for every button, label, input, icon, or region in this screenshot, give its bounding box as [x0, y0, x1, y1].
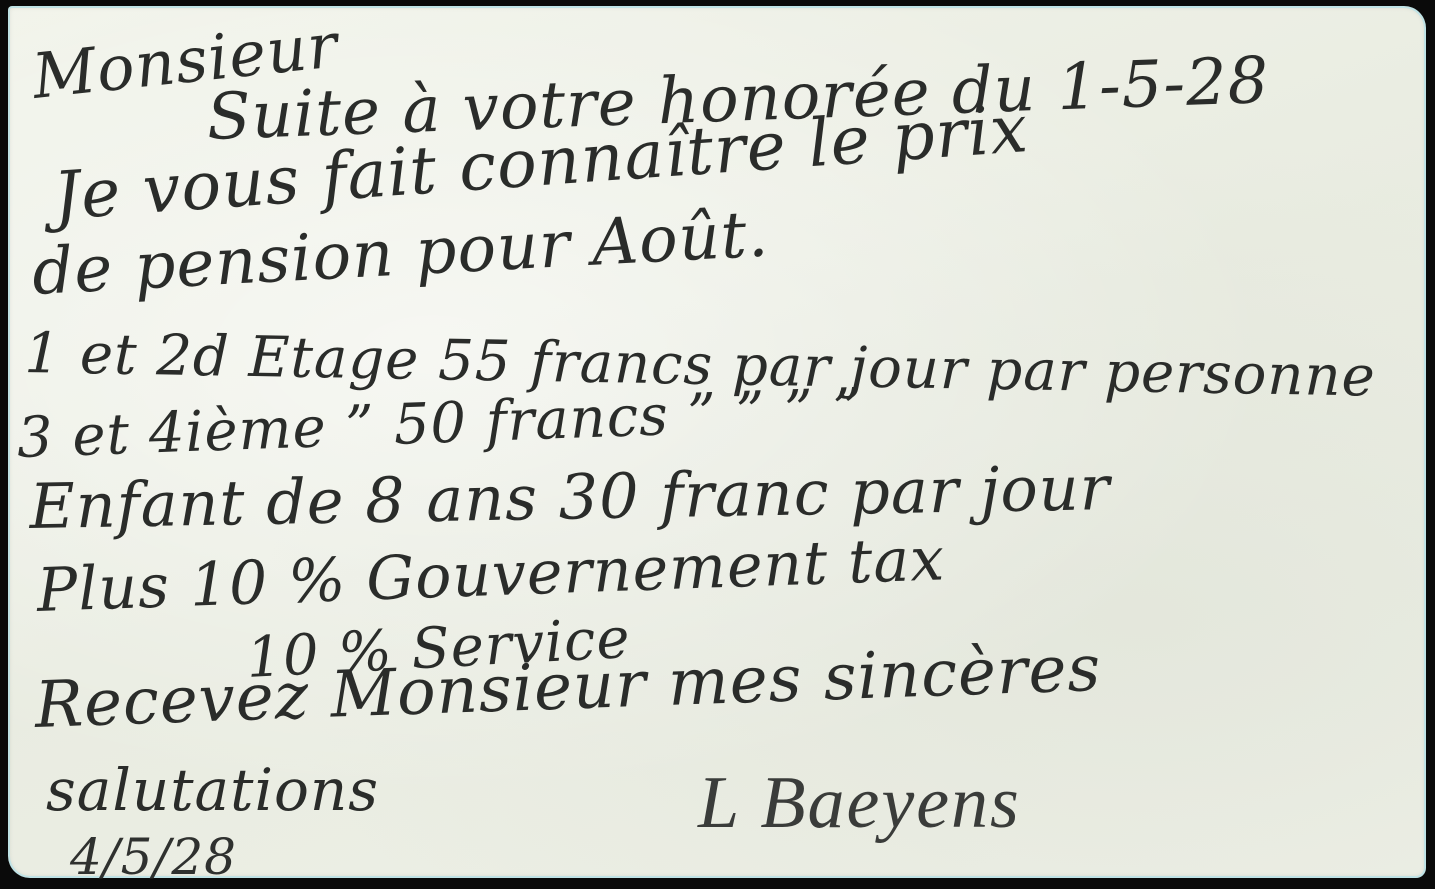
closing-line: Recevez Monsieur mes sincères	[34, 637, 1102, 738]
date: 4/5/28	[70, 832, 237, 882]
signature: L Baeyens	[698, 766, 1021, 840]
salutations-line: salutations	[46, 761, 379, 819]
rate-line-floors-3-4: 3 et 4ième ” 50 francs ” ” ” ”	[16, 382, 863, 467]
postcard: Monsieur Suite à votre honorée du 1-5-28…	[8, 6, 1426, 878]
tax-line: Plus 10 % Gouvernement tax	[36, 529, 946, 621]
rate-line-child: Enfant de 8 ans 30 franc par jour	[29, 457, 1111, 538]
